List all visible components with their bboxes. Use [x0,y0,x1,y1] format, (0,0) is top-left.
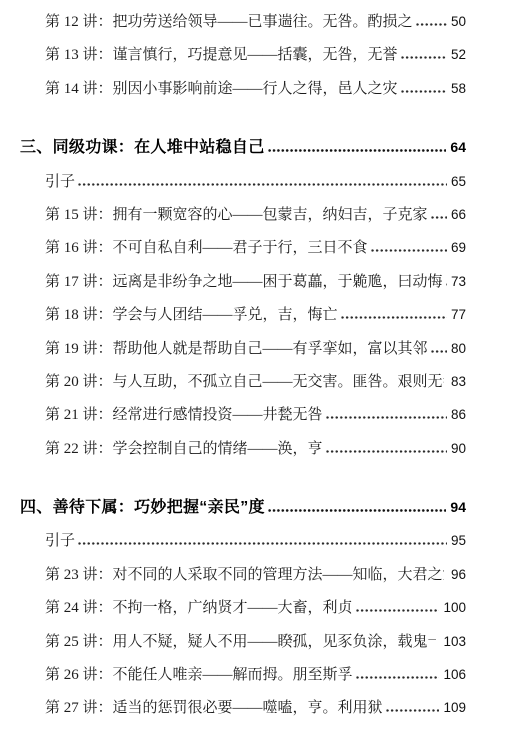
toc-entry[interactable]: 第 13 讲：谨言慎行，巧提意见——括囊，无咎，无誉 52 [45,38,466,71]
toc-entry[interactable]: 第 26 讲：不能任人唯亲——解而拇。朋至斯孚 106 [45,658,466,691]
toc-entry-label: 第 21 讲：经常进行感情投资——井甃无咎 [45,399,323,432]
dot-leader [431,216,447,219]
toc-heading-label: 三、同级功课：在人堆中站稳自己 [20,131,265,164]
toc-entry[interactable]: 第 18 讲：学会与人团结——孚兑，吉，悔亡 77 [45,298,466,331]
toc-entry[interactable]: 第 16 讲：不可自私自利——君子于行，三日不食 69 [45,231,466,264]
toc-entry[interactable]: 引子 65 [45,165,466,198]
toc-entry-label: 引子 [45,166,75,199]
toc-entry[interactable]: 第 17 讲：远离是非纷争之地——困于葛藟，于臲卼，曰动悔 73 [45,265,466,298]
dot-leader [446,283,447,286]
toc-entry-label: 引子 [45,525,75,558]
toc-entry-label: 第 15 讲：拥有一颗宽容的心——包蒙吉，纳妇吉，子克家 [45,199,428,232]
toc-entry-label: 第 20 讲：与人互助，不孤立自己——无交害。匪咎。艰则无咎 [45,366,444,399]
toc-entry-label: 第 22 讲：学会控制自己的情绪——涣，亨 [45,433,323,466]
page-number: 73 [451,265,466,298]
toc-entry-label: 第 18 讲：学会与人团结——孚兑，吉，悔亡 [45,299,338,332]
toc-entry[interactable]: 第 22 讲：学会控制自己的情绪——涣，亨 90 [45,432,466,465]
dot-leader [326,450,447,453]
toc-section: 四、善待下属：巧妙把握“亲民”度 94 引子 95 第 23 讲：对不同的人采取… [20,491,466,725]
dot-leader [268,149,447,152]
dot-leader [326,416,447,419]
page-number: 77 [451,298,466,331]
toc-entry[interactable]: 第 14 讲：别因小事影响前途——行人之得，邑人之灾 58 [45,72,466,105]
page-number: 83 [451,365,466,398]
dot-leader [416,23,447,26]
dot-leader [431,350,447,353]
page-number: 69 [451,231,466,264]
toc-entry-label: 第 13 讲：谨言慎行，巧提意见——括囊，无咎，无誉 [45,39,398,72]
dot-leader [268,509,447,512]
dot-leader [78,183,447,186]
dot-leader [78,542,447,545]
toc-entry-label: 第 27 讲：适当的惩罚很必要——噬嗑，亨。利用狱 [45,692,383,725]
toc-entry[interactable]: 第 25 讲：用人不疑，疑人不用——睽孤，见豕负涂，载鬼一车 103 [45,625,466,658]
toc-heading-label: 四、善待下属：巧妙把握“亲民”度 [20,491,265,524]
toc-entry-label: 第 24 讲：不拘一格，广纳贤才——大畜，利贞 [45,592,353,625]
toc-entry-label: 第 14 讲：别因小事影响前途——行人之得，邑人之灾 [45,73,398,106]
page-number: 66 [451,198,466,231]
page-number: 58 [451,72,466,105]
toc-entry-label: 第 25 讲：用人不疑，疑人不用——睽孤，见豕负涂，载鬼一车 [45,626,436,659]
toc-section-heading[interactable]: 四、善待下属：巧妙把握“亲民”度 94 [20,491,466,524]
toc-section: 第 12 讲：把功劳送给领导——已事遄往。无咎。酌损之 50 第 13 讲：谨言… [20,5,466,105]
dot-leader [401,56,447,59]
toc-entry-label: 第 26 讲：不能任人唯亲——解而拇。朋至斯孚 [45,659,353,692]
page-number: 80 [451,332,466,365]
toc-entry[interactable]: 第 15 讲：拥有一颗宽容的心——包蒙吉，纳妇吉，子克家 66 [45,198,466,231]
page-number: 106 [443,658,466,691]
page-number: 96 [451,558,466,591]
document-page: 第 12 讲：把功劳送给领导——已事遄往。无咎。酌损之 50 第 13 讲：谨言… [0,0,526,743]
toc-entry[interactable]: 第 27 讲：适当的惩罚很必要——噬嗑，亨。利用狱 109 [45,691,466,724]
page-number: 109 [443,691,466,724]
toc-section: 三、同级功课：在人堆中站稳自己 64 引子 65 第 15 讲：拥有一颗宽容的心… [20,131,466,465]
page-number: 50 [451,5,466,38]
page-number: 65 [451,165,466,198]
page-number: 86 [451,398,466,431]
page-number: 52 [451,38,466,71]
page-number: 64 [450,131,466,164]
toc-entry[interactable]: 第 19 讲：帮助他人就是帮助自己——有孚挛如，富以其邻 80 [45,332,466,365]
toc-section-heading[interactable]: 三、同级功课：在人堆中站稳自己 64 [20,131,466,164]
page-number: 103 [443,625,466,658]
toc-entry-label: 第 12 讲：把功劳送给领导——已事遄往。无咎。酌损之 [45,6,413,39]
toc-entry[interactable]: 引子 95 [45,524,466,557]
dot-leader [371,249,447,252]
toc-entry[interactable]: 第 12 讲：把功劳送给领导——已事遄往。无咎。酌损之 50 [45,5,466,38]
dot-leader [341,316,447,319]
toc-entry[interactable]: 第 23 讲：对不同的人采取不同的管理方法——知临，大君之宜 96 [45,558,466,591]
page-number: 95 [451,524,466,557]
page-number: 100 [443,591,466,624]
toc-entry[interactable]: 第 21 讲：经常进行感情投资——井甃无咎 86 [45,398,466,431]
toc-entry-label: 第 17 讲：远离是非纷争之地——困于葛藟，于臲卼，曰动悔 [45,266,443,299]
dot-leader [401,90,447,93]
toc-entry[interactable]: 第 20 讲：与人互助，不孤立自己——无交害。匪咎。艰则无咎 83 [45,365,466,398]
page-number: 90 [451,432,466,465]
dot-leader [386,709,440,712]
toc-entry-label: 第 16 讲：不可自私自利——君子于行，三日不食 [45,232,368,265]
toc-entry-label: 第 19 讲：帮助他人就是帮助自己——有孚挛如，富以其邻 [45,333,428,366]
toc-entry[interactable]: 第 24 讲：不拘一格，广纳贤才——大畜，利贞 100 [45,591,466,624]
toc-entry-label: 第 23 讲：对不同的人采取不同的管理方法——知临，大君之宜 [45,559,444,592]
dot-leader [356,676,440,679]
page-number: 94 [450,491,466,524]
dot-leader [356,609,440,612]
